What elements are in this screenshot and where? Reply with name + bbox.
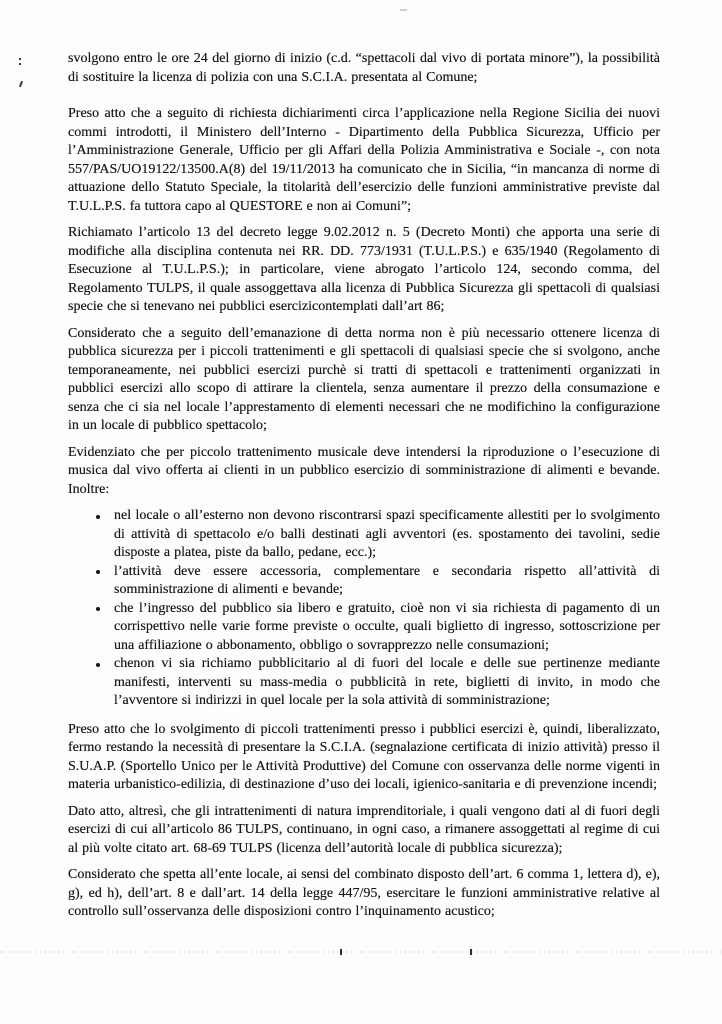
bullet-item-ingresso-libero: che l’ingresso del pubblico sia libero e… bbox=[68, 600, 660, 656]
scan-speck-top-center bbox=[400, 9, 407, 11]
scan-speck-bottom-right bbox=[470, 949, 472, 955]
paragraph-dato-atto-intrattenimenti: Dato atto, altresì, che gli intrattenime… bbox=[68, 803, 660, 859]
scan-speck-bottom-left bbox=[340, 949, 342, 955]
paragraph-preso-atto-scia-suap: Preso atto che lo svolgimento di piccoli… bbox=[68, 721, 660, 795]
bullet-item-richiamo-pubblicitario: chenon vi sia richiamo pubblicitario al … bbox=[68, 655, 660, 711]
scan-speck-left-upper bbox=[19, 58, 21, 60]
paragraph-considerato-emanazione-norma: Considerato che a seguito dell’emanazion… bbox=[68, 325, 660, 436]
paragraph-richiamato-decreto-monti: Richiamato l’articolo 13 del decreto leg… bbox=[68, 224, 660, 317]
bullet-list: nel locale o all’esterno non devono risc… bbox=[68, 507, 660, 711]
paragraph-continuation-spettacoli-minore: svolgono entro le ore 24 del giorno di i… bbox=[68, 50, 660, 87]
bullet-item-spazi-allestiti: nel locale o all’esterno non devono risc… bbox=[68, 507, 660, 563]
paragraph-evidenziato-piccolo-trattenimento: Evidenziato che per piccolo tratteniment… bbox=[68, 444, 660, 500]
paragraph-preso-atto-regione-sicilia: Preso atto che a seguito di richiesta di… bbox=[68, 105, 660, 216]
scanned-document-page: svolgono entro le ore 24 del giorno di i… bbox=[0, 0, 722, 1024]
scan-speck-left-lower bbox=[19, 81, 23, 87]
bullet-item-attivita-accessoria: l’attività deve essere accessoria, compl… bbox=[68, 563, 660, 600]
scan-noise-line bbox=[0, 951, 722, 953]
paragraph-considerato-ente-locale: Considerato che spetta all’ente locale, … bbox=[68, 866, 660, 922]
document-body: svolgono entro le ore 24 del giorno di i… bbox=[68, 50, 660, 930]
